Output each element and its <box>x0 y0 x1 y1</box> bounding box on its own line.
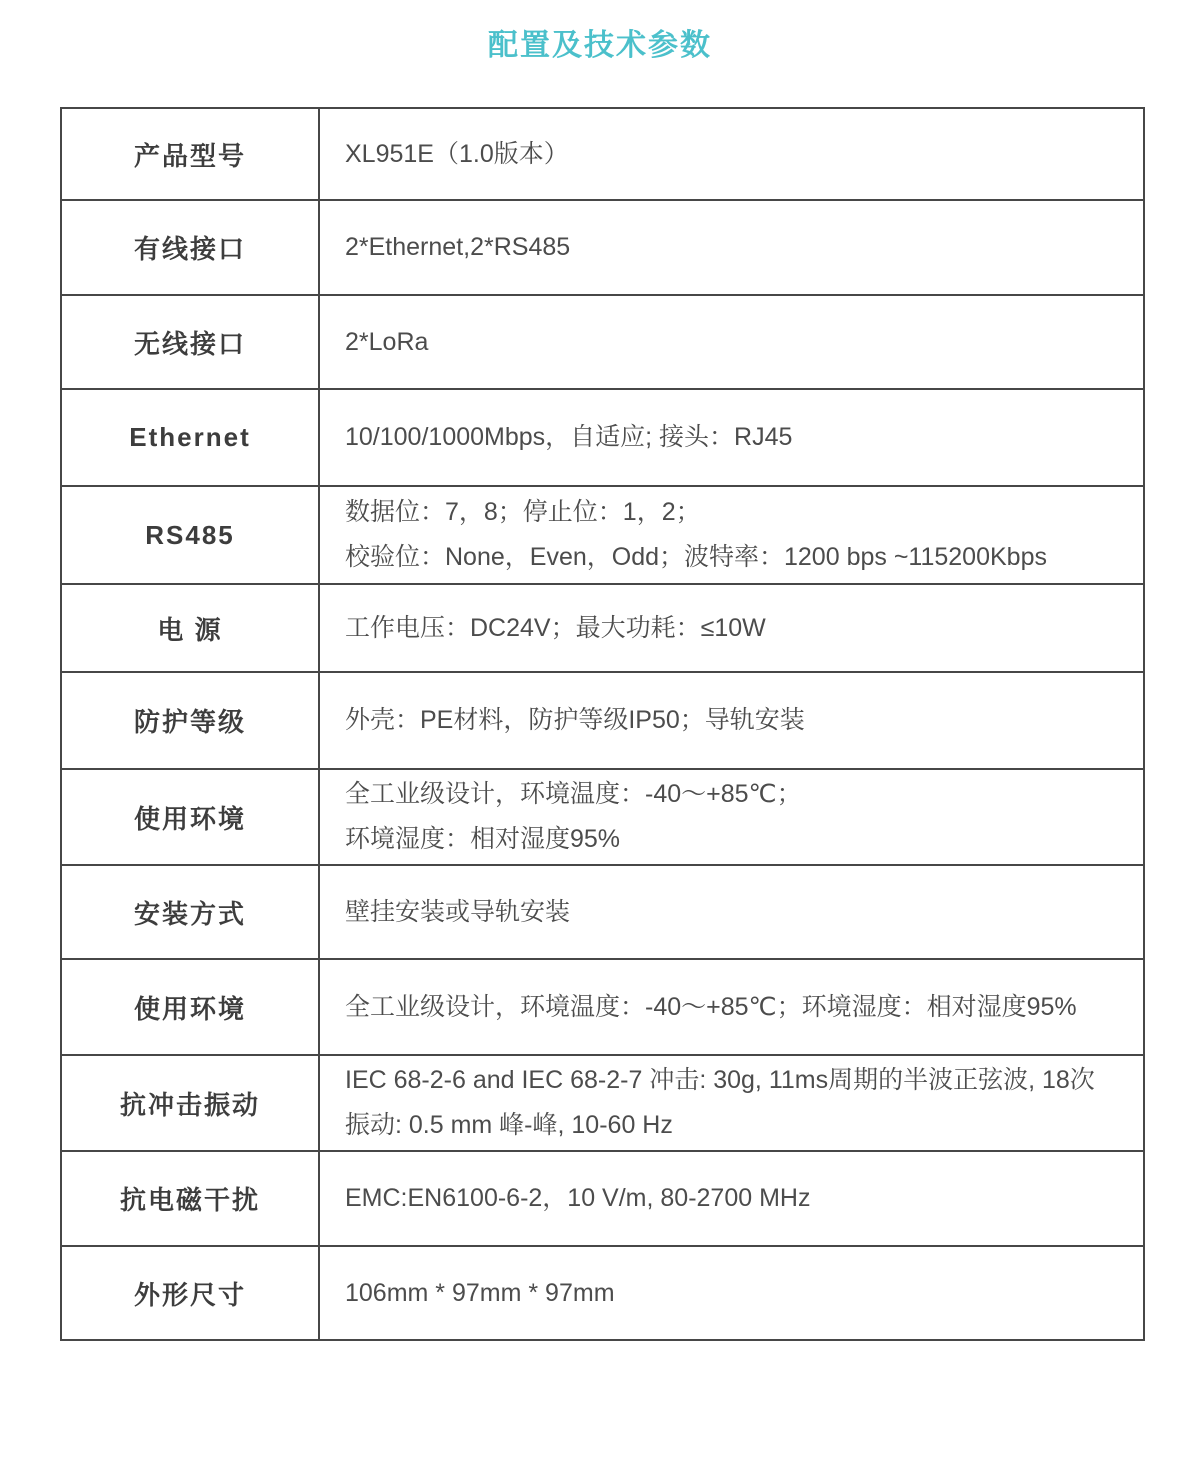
spec-label: 抗冲击振动 <box>62 1056 320 1150</box>
spec-table: 产品型号 XL951E（1.0版本） 有线接口 2*Ethernet,2*RS4… <box>60 107 1145 1341</box>
table-row: 产品型号 XL951E（1.0版本） <box>62 109 1143 201</box>
spec-label: 使用环境 <box>62 960 320 1054</box>
spec-value: 数据位：7，8；停止位：1，2； 校验位：None，Even，Odd；波特率：1… <box>320 487 1143 583</box>
spec-label: Ethernet <box>62 390 320 485</box>
spec-label: 防护等级 <box>62 673 320 768</box>
spec-value: 2*LoRa <box>320 296 1143 388</box>
table-row: 抗电磁干扰 EMC:EN6100-6-2，10 V/m, 80-2700 MHz <box>62 1152 1143 1247</box>
spec-label: 外形尺寸 <box>62 1247 320 1339</box>
spec-label: 安装方式 <box>62 866 320 958</box>
spec-label: 抗电磁干扰 <box>62 1152 320 1245</box>
spec-label: 无线接口 <box>62 296 320 388</box>
spec-label: RS485 <box>62 487 320 583</box>
table-row: 抗冲击振动 IEC 68-2-6 and IEC 68-2-7 冲击: 30g,… <box>62 1056 1143 1152</box>
spec-value: 10/100/1000Mbps，自适应; 接头：RJ45 <box>320 390 1143 485</box>
spec-value: 全工业级设计，环境温度：-40～+85℃；环境湿度：相对湿度95% <box>320 960 1143 1054</box>
table-row: Ethernet 10/100/1000Mbps，自适应; 接头：RJ45 <box>62 390 1143 487</box>
spec-value: XL951E（1.0版本） <box>320 109 1143 199</box>
table-row: 使用环境 全工业级设计，环境温度：-40～+85℃； 环境湿度：相对湿度95% <box>62 770 1143 866</box>
spec-label: 产品型号 <box>62 109 320 199</box>
spec-value: EMC:EN6100-6-2，10 V/m, 80-2700 MHz <box>320 1152 1143 1245</box>
spec-label: 电 源 <box>62 585 320 671</box>
table-row: 使用环境 全工业级设计，环境温度：-40～+85℃；环境湿度：相对湿度95% <box>62 960 1143 1056</box>
table-row: 有线接口 2*Ethernet,2*RS485 <box>62 201 1143 296</box>
page-title: 配置及技术参数 <box>0 20 1200 64</box>
table-row: 防护等级 外壳：PE材料，防护等级IP50；导轨安装 <box>62 673 1143 770</box>
spec-label: 使用环境 <box>62 770 320 864</box>
spec-value: IEC 68-2-6 and IEC 68-2-7 冲击: 30g, 11ms周… <box>320 1056 1143 1150</box>
spec-value: 106mm * 97mm * 97mm <box>320 1247 1143 1339</box>
spec-value: 2*Ethernet,2*RS485 <box>320 201 1143 294</box>
spec-value: 全工业级设计，环境温度：-40～+85℃； 环境湿度：相对湿度95% <box>320 770 1143 864</box>
spec-value: 壁挂安装或导轨安装 <box>320 866 1143 958</box>
table-row: 电 源 工作电压：DC24V；最大功耗：≤10W <box>62 585 1143 673</box>
table-row: 外形尺寸 106mm * 97mm * 97mm <box>62 1247 1143 1339</box>
table-row: RS485 数据位：7，8；停止位：1，2； 校验位：None，Even，Odd… <box>62 487 1143 585</box>
spec-value: 工作电压：DC24V；最大功耗：≤10W <box>320 585 1143 671</box>
spec-label: 有线接口 <box>62 201 320 294</box>
spec-value: 外壳：PE材料，防护等级IP50；导轨安装 <box>320 673 1143 768</box>
table-row: 安装方式 壁挂安装或导轨安装 <box>62 866 1143 960</box>
table-row: 无线接口 2*LoRa <box>62 296 1143 390</box>
